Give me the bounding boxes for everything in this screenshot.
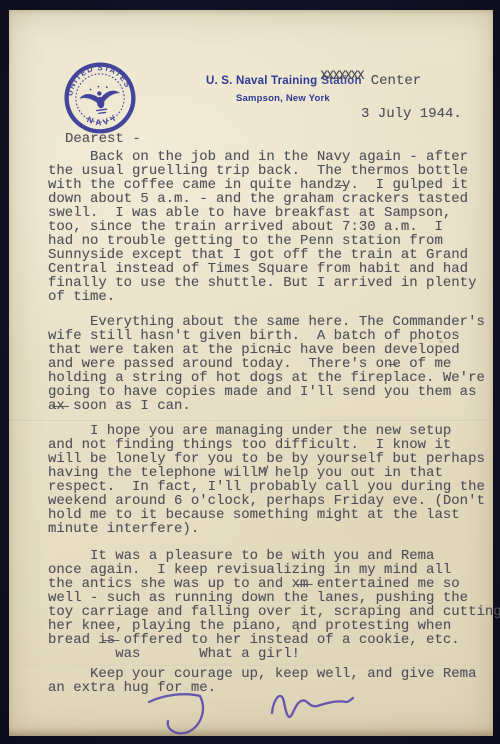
- letterhead-location: Sampson, New York: [236, 93, 330, 104]
- body-paragraph-2: Everything about the same here. The Comm…: [48, 315, 485, 413]
- body-paragraph-4: It was a pleasure to be with you and Rem…: [48, 549, 500, 661]
- struck-word-wrap: Station XXXXXXX: [321, 71, 361, 89]
- org-typed-correction: Center: [371, 73, 421, 89]
- body-paragraph-3: I hope you are managing under the new se…: [48, 424, 485, 536]
- org-name-printed: U. S. Naval Training: [206, 75, 317, 87]
- paper-blemish: [439, 340, 443, 343]
- closing-paragraph: Keep your courage up, keep well, and giv…: [48, 667, 476, 695]
- red-pencil-mark: ~: [120, 233, 127, 244]
- salutation: Dearest -: [65, 131, 141, 147]
- letter-paper: UNITED STATES NAVY U. S. Naval Training: [9, 10, 493, 736]
- fold-crease-line: [9, 665, 493, 667]
- seal-eagle-emblem: [78, 83, 123, 117]
- navy-seal-stamp: UNITED STATES NAVY: [56, 54, 144, 142]
- date-line: 3 July 1944.: [361, 106, 462, 122]
- body-paragraph-1: Back on the job and in the Navy again - …: [48, 150, 476, 304]
- paper-blemish: [75, 213, 78, 216]
- fold-crease-line: [9, 420, 493, 422]
- letterhead: U. S. Naval Training Station XXXXXXX Cen…: [206, 71, 421, 89]
- typewriter-x-strikeout: XXXXXXX: [320, 69, 363, 83]
- photo-backdrop: UNITED STATES NAVY U. S. Naval Training: [0, 0, 500, 744]
- org-name-line: U. S. Naval Training Station XXXXXXX Cen…: [206, 71, 421, 89]
